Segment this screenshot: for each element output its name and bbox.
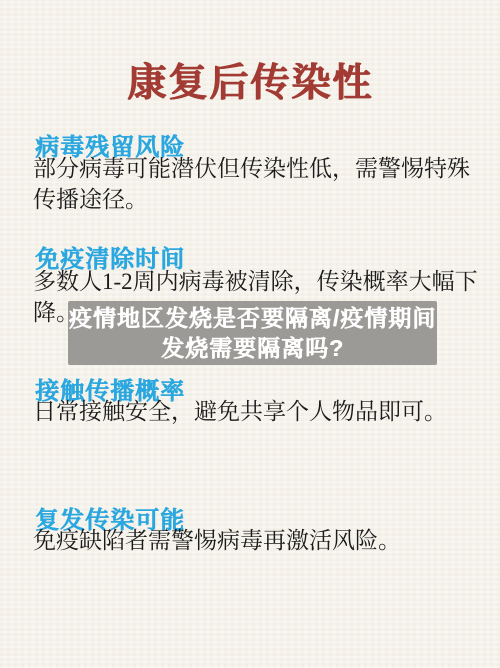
poster-title: 康复后传染性 — [0, 52, 500, 108]
watermark-overlay: 疫情地区发烧是否要隔离/疫情期间 发烧需要隔离吗? — [68, 301, 437, 365]
section-body-contact-transmission-probability: 日常接触安全，避免共享个人物品即可。 — [33, 396, 485, 427]
infographic-poster: 康复后传染性 病毒残留风险 部分病毒可能潜伏但传染性低，需警惕特殊 传播途径。 … — [0, 0, 500, 668]
section-body-virus-residual-risk: 部分病毒可能潜伏但传染性低，需警惕特殊 传播途径。 — [33, 153, 485, 215]
section-body-relapse-transmission-possibility: 免疫缺陷者需警惕病毒再激活风险。 — [33, 525, 485, 556]
watermark-text: 疫情地区发烧是否要隔离/疫情期间 发烧需要隔离吗? — [69, 303, 436, 363]
